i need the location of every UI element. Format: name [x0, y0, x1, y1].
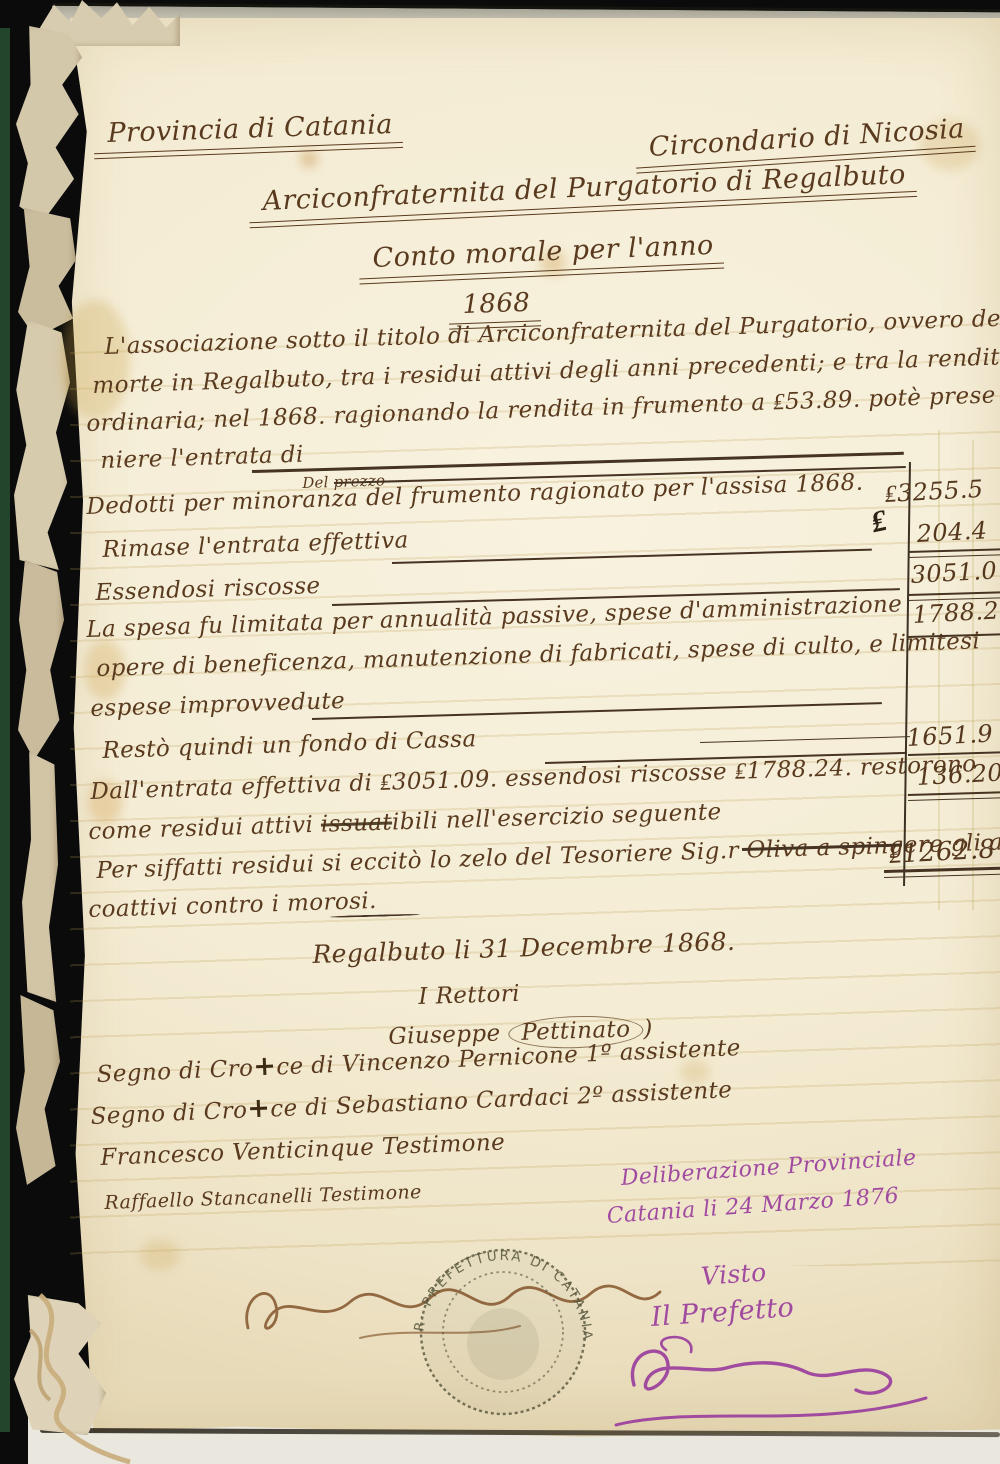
ledger-amount: 1788.2	[912, 596, 1000, 628]
crossed-out-word: issuat	[321, 809, 393, 837]
document-scan: Provincia di Catania Circondario di Nico…	[0, 0, 1000, 1464]
visto-label: Visto	[700, 1257, 767, 1291]
prefecture-stamp: R· PREFETTURA DI CATANIA	[393, 1222, 613, 1442]
stain	[300, 150, 318, 168]
stain	[140, 1240, 180, 1270]
scanner-edge-strip	[0, 28, 10, 1432]
ledger-amount: ₤3255.5	[884, 475, 984, 509]
doc-year: 1868	[462, 288, 531, 320]
ledger-amount: 1651.9	[906, 719, 994, 751]
torn-fragment	[18, 560, 64, 760]
binding-cord	[10, 1290, 160, 1464]
ledger-amount: 3051.0	[910, 556, 998, 588]
torn-fragment	[22, 752, 58, 1002]
stain	[60, 300, 130, 420]
cross-mark: +	[247, 1092, 271, 1124]
torn-fragment	[18, 208, 76, 338]
ledger-amount: 136.20	[916, 758, 1000, 790]
rectors-label: I Rettori	[418, 981, 520, 1010]
torn-fragment	[16, 995, 60, 1185]
ledger-amount: 204.4	[916, 516, 988, 548]
torn-fragment	[16, 26, 82, 222]
ledger-amount: ₤1262.8	[888, 834, 996, 870]
cross-mark: +	[253, 1050, 277, 1082]
